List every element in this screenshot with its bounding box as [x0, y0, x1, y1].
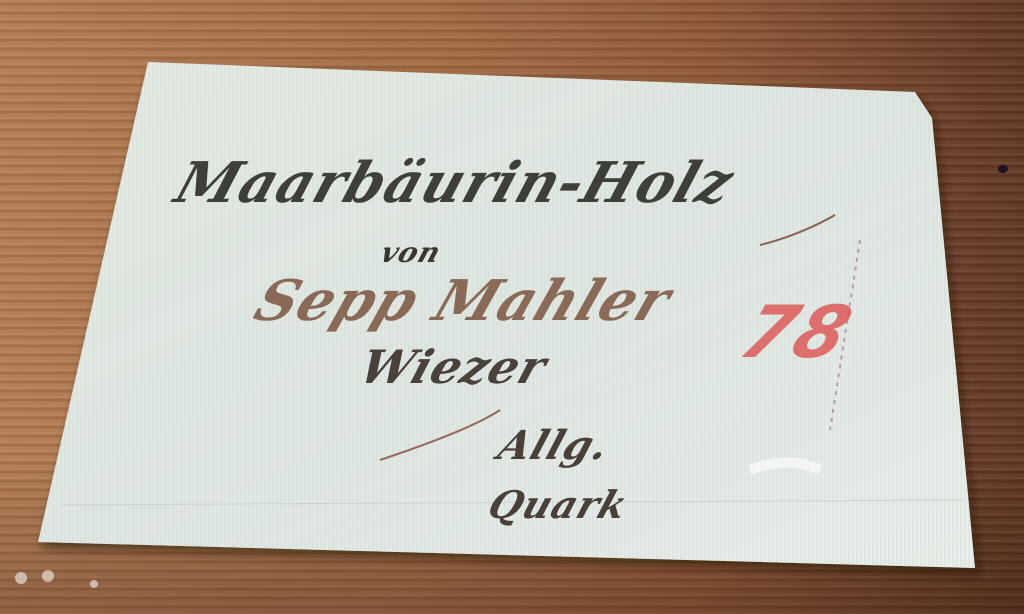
paper-note: Maarbäurin-Holz von Sepp Mahler Wiezer A… — [0, 0, 1024, 614]
note-line-signature: Quark — [483, 482, 634, 527]
note-line-region: Allg. — [492, 422, 616, 469]
note-line-name: Sepp Mahler — [246, 268, 680, 334]
note-line-von: von — [377, 236, 446, 269]
note-line-place: Wiezer — [353, 340, 554, 394]
note-line-title: Maarbäurin-Holz — [167, 150, 742, 216]
